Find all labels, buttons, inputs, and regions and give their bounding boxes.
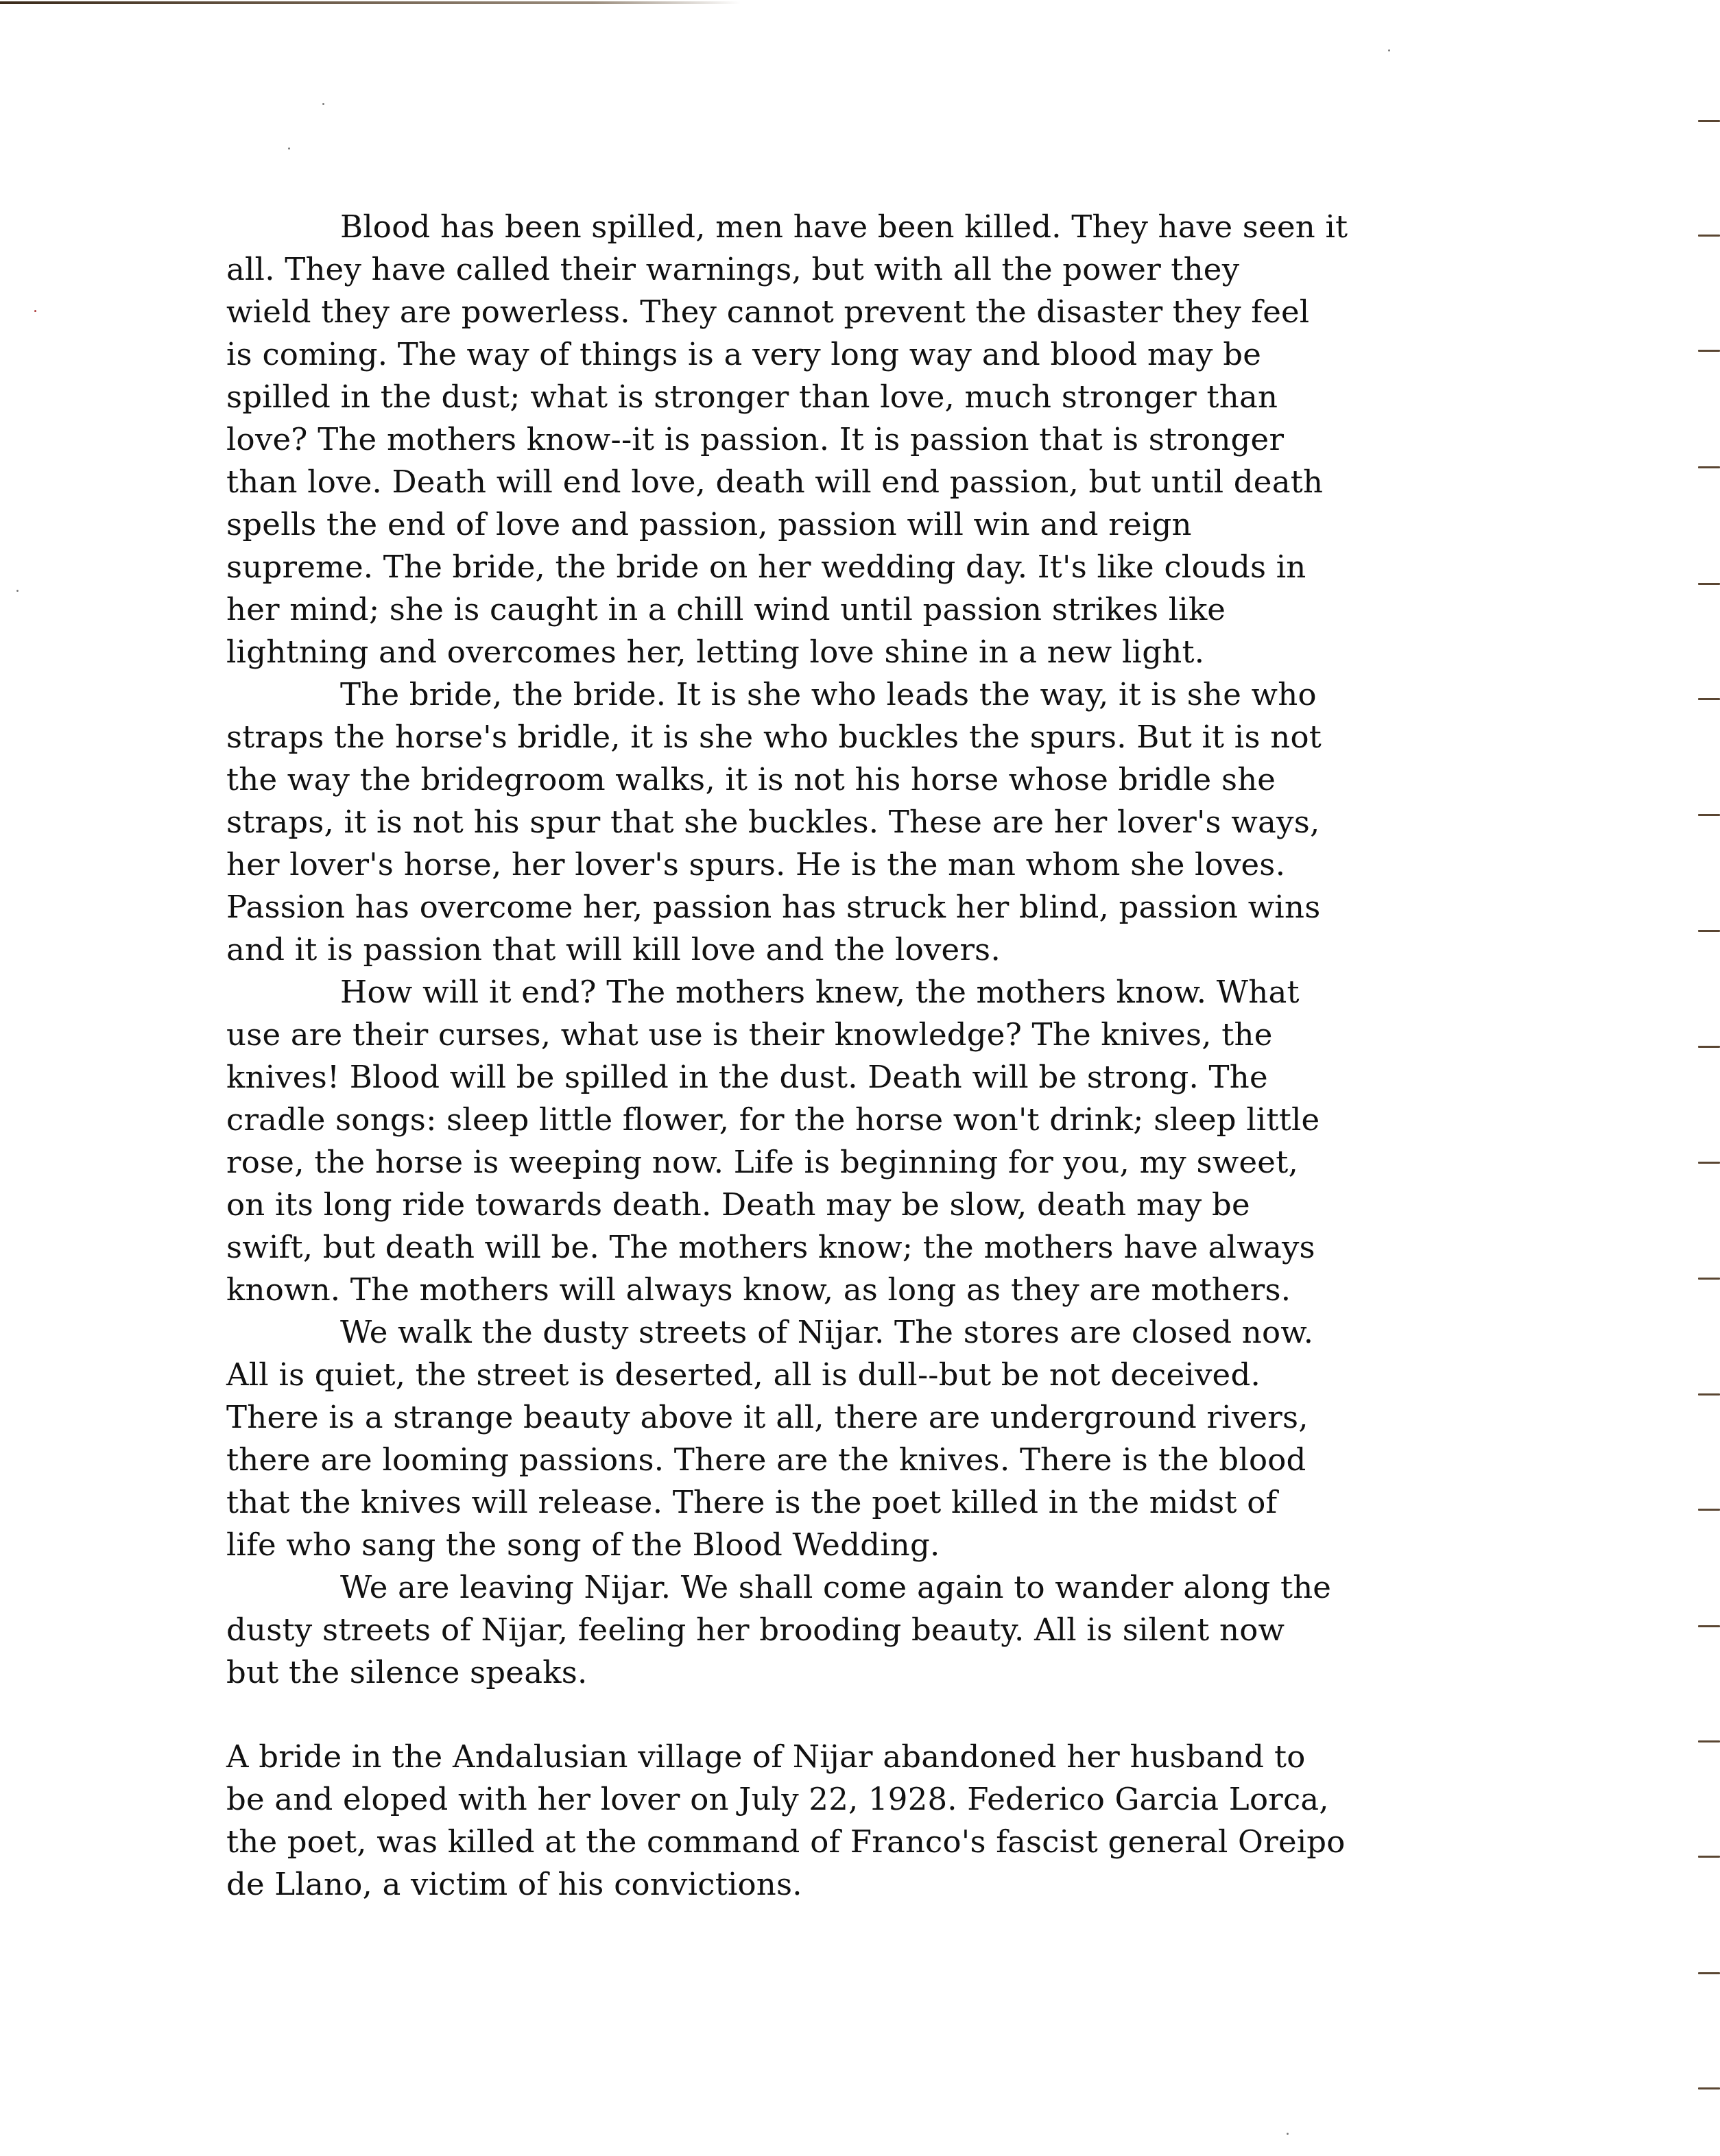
text-line: There is a strange beauty above it all, …: [226, 1396, 1502, 1439]
footnote-line: be and eloped with her lover on July 22,…: [226, 1778, 1502, 1821]
footnote-line: the poet, was killed at the command of F…: [226, 1821, 1502, 1863]
margin-tick: [1698, 235, 1720, 237]
text-line: on its long ride towards death. Death ma…: [226, 1184, 1502, 1226]
text-line: The bride, the bride. It is she who lead…: [226, 673, 1502, 716]
text-line: spells the end of love and passion, pass…: [226, 503, 1502, 546]
text-line: her mind; she is caught in a chill wind …: [226, 588, 1502, 631]
scan-speck: [1388, 49, 1390, 51]
text-line: is coming. The way of things is a very l…: [226, 333, 1502, 376]
paragraph-5: We are leaving Nijar. We shall come agai…: [226, 1566, 1502, 1694]
text-line: straps, it is not his spur that she buck…: [226, 801, 1502, 843]
text-line: dusty streets of Nijar, feeling her broo…: [226, 1609, 1502, 1651]
margin-tick: [1698, 930, 1720, 932]
text-line: and it is passion that will kill love an…: [226, 929, 1502, 971]
text-line: her lover's horse, her lover's spurs. He…: [226, 843, 1502, 886]
scan-speck: [34, 310, 36, 312]
margin-tick: [1698, 120, 1720, 122]
text-line: the way the bridegroom walks, it is not …: [226, 758, 1502, 801]
text-line: lightning and overcomes her, letting lov…: [226, 631, 1502, 673]
text-line: Passion has overcome her, passion has st…: [226, 886, 1502, 929]
text-line: spilled in the dust; what is stronger th…: [226, 376, 1502, 418]
margin-tick: [1698, 1046, 1720, 1048]
margin-tick: [1698, 1740, 1720, 1742]
margin-tick: [1698, 698, 1720, 700]
text-line: love? The mothers know--it is passion. I…: [226, 418, 1502, 461]
text-line: rose, the horse is weeping now. Life is …: [226, 1141, 1502, 1184]
text-line: How will it end? The mothers knew, the m…: [226, 971, 1502, 1014]
scan-speck: [16, 590, 19, 592]
text-line: known. The mothers will always know, as …: [226, 1269, 1502, 1311]
text-line: Blood has been spilled, men have been ki…: [226, 206, 1502, 248]
scan-speck: [1287, 2133, 1289, 2135]
margin-tick: [1698, 1972, 1720, 1974]
footnote-line: A bride in the Andalusian village of Nij…: [226, 1736, 1502, 1778]
text-line: use are their curses, what use is their …: [226, 1014, 1502, 1056]
margin-tick: [1698, 1509, 1720, 1511]
essay-body: Blood has been spilled, men have been ki…: [226, 206, 1502, 1694]
scan-speck: [322, 103, 324, 105]
margin-tick: [1698, 1625, 1720, 1627]
text-line: We are leaving Nijar. We shall come agai…: [226, 1566, 1502, 1609]
margin-tick: [1698, 350, 1720, 352]
margin-tick: [1698, 466, 1720, 468]
text-line: wield they are powerless. They cannot pr…: [226, 291, 1502, 333]
margin-tick: [1698, 1162, 1720, 1164]
paragraph-4: We walk the dusty streets of Nijar. The …: [226, 1311, 1502, 1566]
text-line: life who sang the song of the Blood Wedd…: [226, 1524, 1502, 1566]
footnote: A bride in the Andalusian village of Nij…: [226, 1736, 1502, 1906]
text-line: We walk the dusty streets of Nijar. The …: [226, 1311, 1502, 1354]
text-line: cradle songs: sleep little flower, for t…: [226, 1099, 1502, 1141]
text-line: but the silence speaks.: [226, 1651, 1502, 1694]
scanned-page: Blood has been spilled, men have been ki…: [0, 0, 1720, 2156]
text-line: swift, but death will be. The mothers kn…: [226, 1226, 1502, 1269]
text-line: straps the horse's bridle, it is she who…: [226, 716, 1502, 758]
margin-tick: [1698, 1393, 1720, 1396]
paragraph-1: Blood has been spilled, men have been ki…: [226, 206, 1502, 673]
margin-tick: [1698, 2087, 1720, 2089]
text-line: All is quiet, the street is deserted, al…: [226, 1354, 1502, 1396]
paragraph-3: How will it end? The mothers knew, the m…: [226, 971, 1502, 1311]
text-line: supreme. The bride, the bride on her wed…: [226, 546, 1502, 588]
scan-speck: [288, 147, 290, 149]
margin-tick: [1698, 1278, 1720, 1280]
text-line: there are looming passions. There are th…: [226, 1439, 1502, 1481]
text-line: knives! Blood will be spilled in the dus…: [226, 1056, 1502, 1099]
paragraph-2: The bride, the bride. It is she who lead…: [226, 673, 1502, 971]
margin-tick: [1698, 814, 1720, 816]
margin-tick: [1698, 1856, 1720, 1858]
margin-tick: [1698, 583, 1720, 585]
footnote-line: de Llano, a victim of his convictions.: [226, 1863, 1502, 1906]
text-line: all. They have called their warnings, bu…: [226, 248, 1502, 291]
text-line: that the knives will release. There is t…: [226, 1481, 1502, 1524]
text-line: than love. Death will end love, death wi…: [226, 461, 1502, 503]
page-top-edge: [0, 1, 741, 4]
